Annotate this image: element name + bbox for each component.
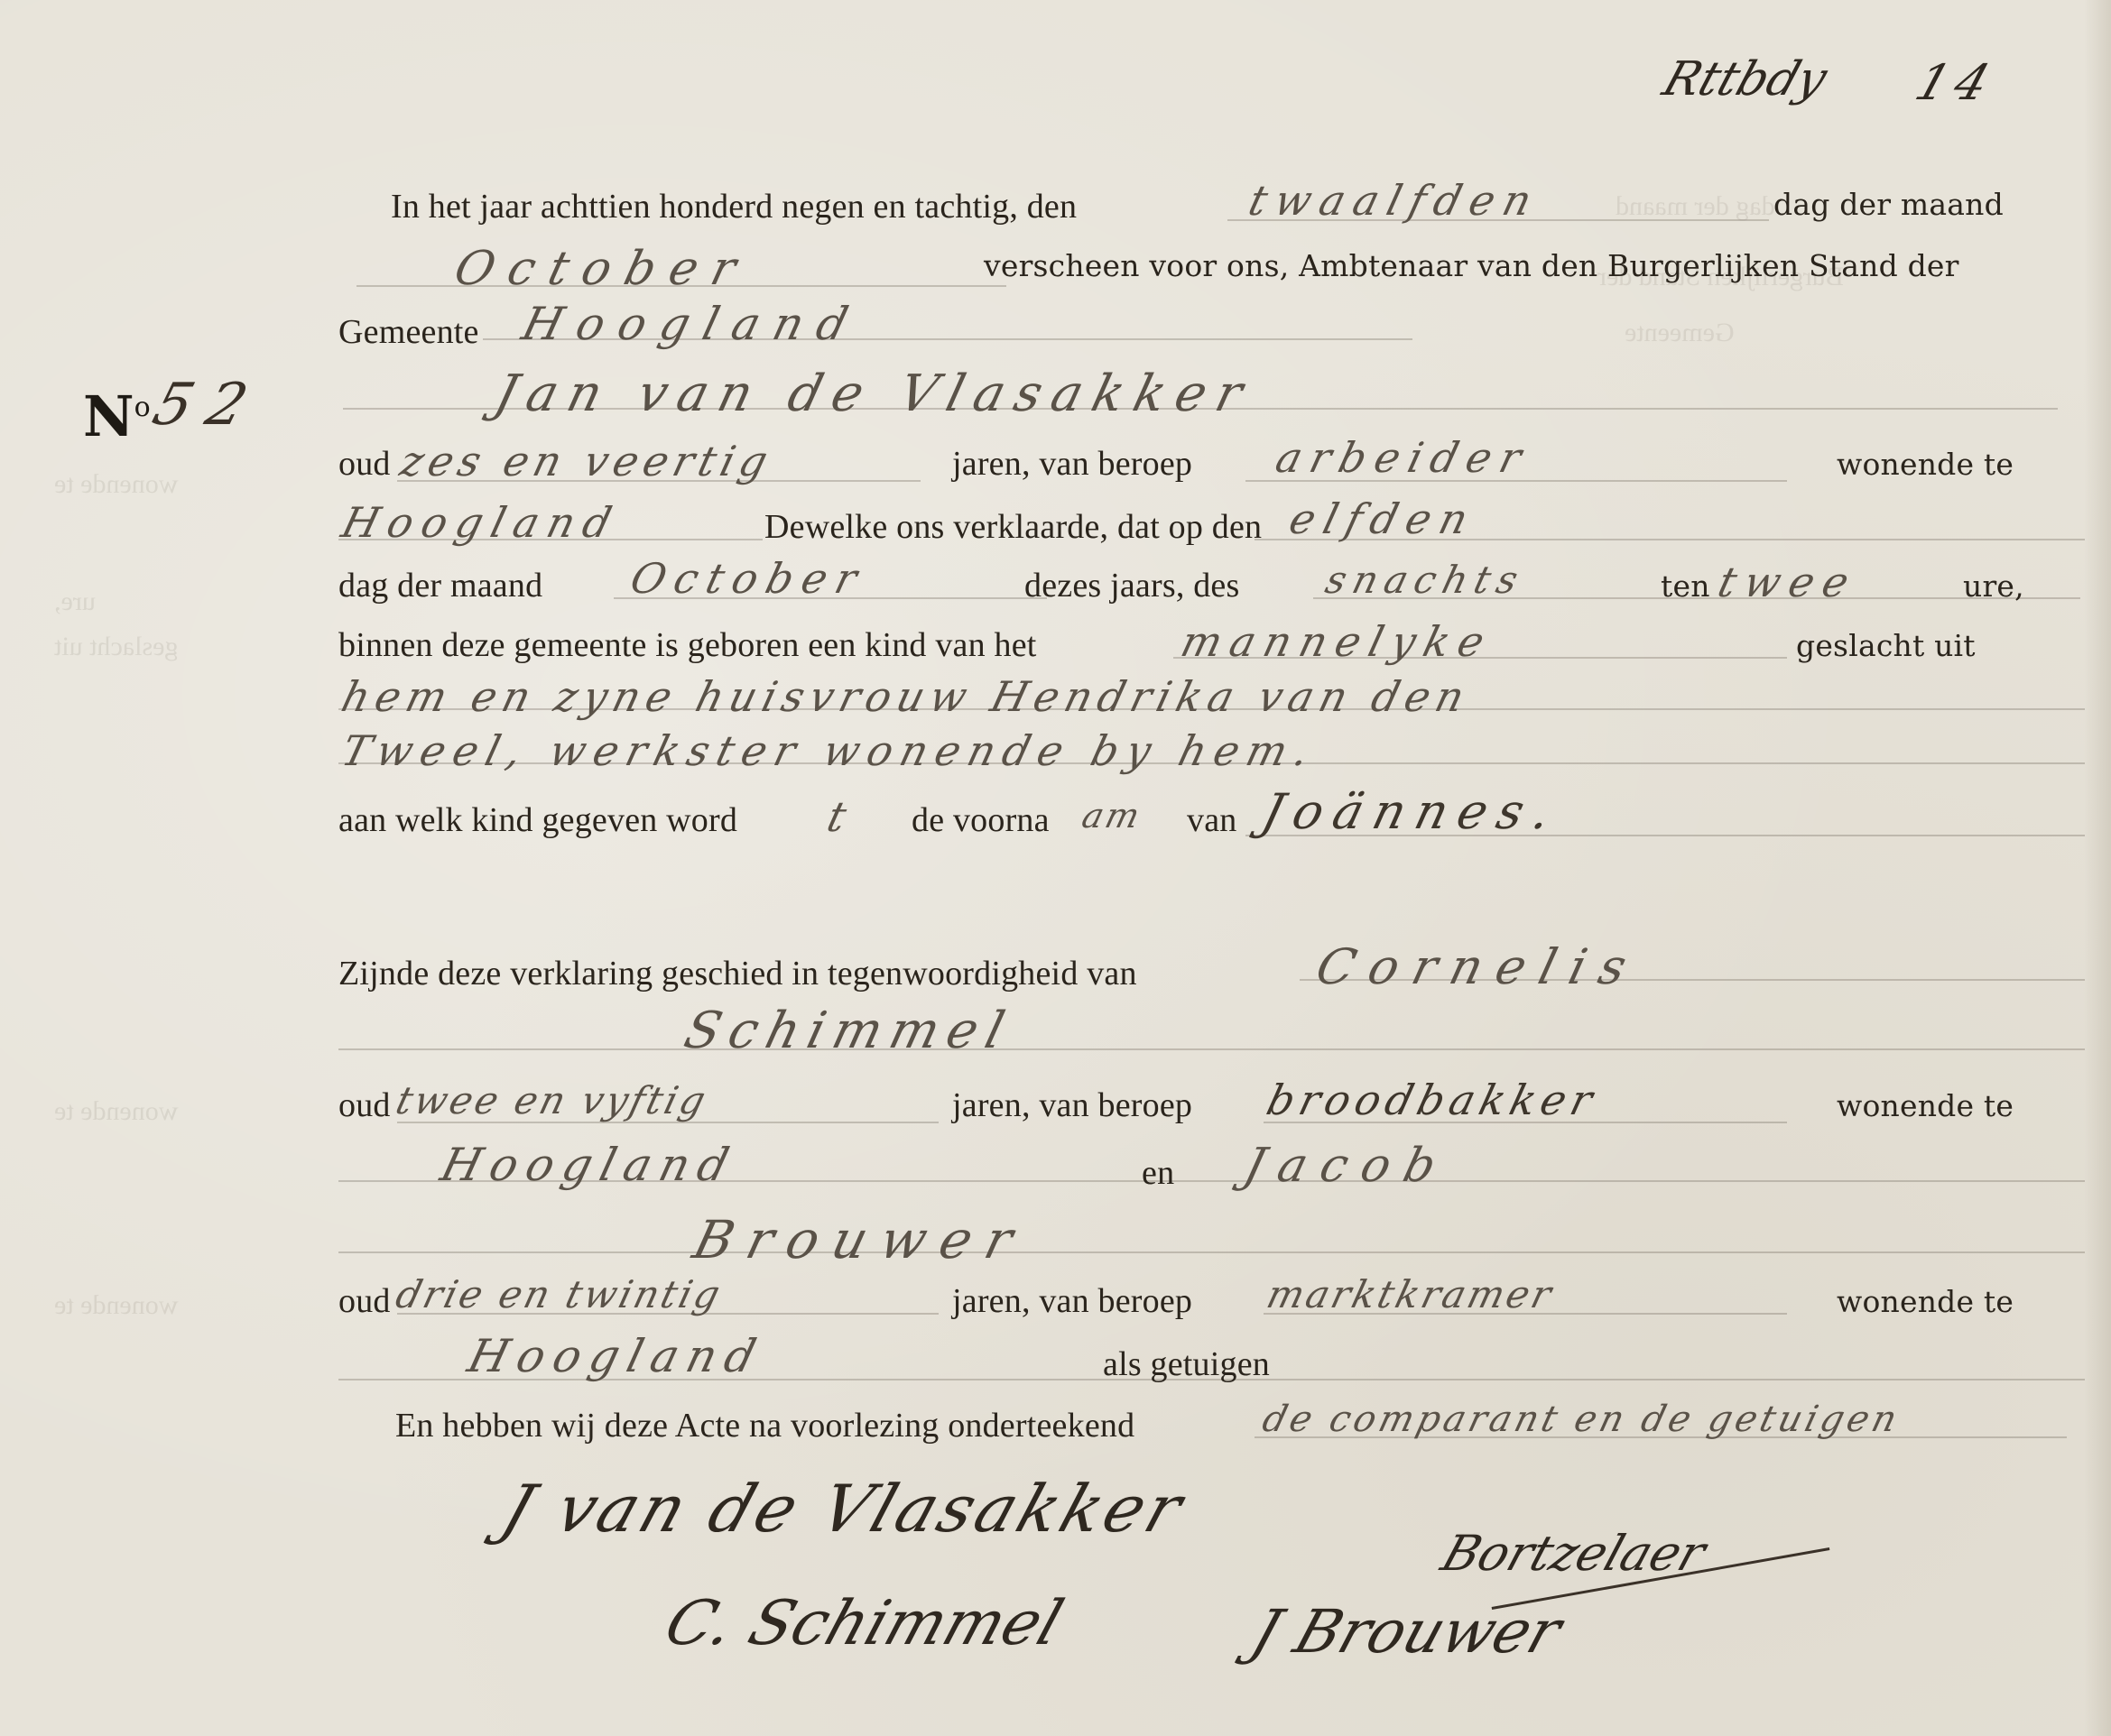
printed-text: van <box>1187 800 1236 840</box>
bleed-through-text: wonende te <box>54 1096 178 1127</box>
handwritten-age: drie en twintig <box>392 1272 727 1316</box>
printed-text: jaren, van beroep <box>952 1281 1192 1321</box>
record-number-label: No <box>83 383 151 449</box>
handwritten-parents-line2: Tweel, werkster wonende by hem. <box>337 726 1322 775</box>
bleed-through-text: wonende te <box>54 469 178 500</box>
handwritten-mark: t <box>822 792 860 841</box>
handwritten-insert: am <box>1079 796 1147 836</box>
signature-witness1: C. Schimmel <box>656 1588 1071 1659</box>
page-edge-shadow <box>2084 0 2111 1736</box>
printed-text: geslacht uit <box>1796 628 1976 663</box>
handwritten-witness2-first: Jacob <box>1239 1139 1457 1193</box>
bleed-through-text: dag der maand <box>1616 191 1775 222</box>
printed-text: oud <box>338 1085 391 1125</box>
signature-registrar: Bortzelaer <box>1435 1525 1713 1582</box>
record-number-letter: N <box>83 383 134 449</box>
printed-text: wonende te <box>1837 1284 2014 1319</box>
printed-text: En hebben wij deze Acte na voorlezing on… <box>395 1406 1134 1445</box>
bleed-through-text: Gemeente <box>1625 318 1735 348</box>
archive-annotation: Rttbdy <box>1656 52 1833 106</box>
handwritten-age: twee en vyftig <box>392 1078 713 1122</box>
printed-text: binnen deze gemeente is geboren een kind… <box>338 625 1037 665</box>
printed-text: jaren, van beroep <box>952 1085 1192 1125</box>
bleed-through-text: geslacht uit <box>54 632 178 662</box>
handwritten-occupation: arbeider <box>1271 433 1535 482</box>
form-rule <box>338 1048 2085 1050</box>
handwritten-month: October <box>449 242 756 296</box>
document-page: dag der maand Burgerlijken Stand der Gem… <box>0 0 2111 1736</box>
handwritten-occupation: broodbakker <box>1262 1076 1603 1124</box>
signature-witness2: J Brouwer <box>1243 1597 1569 1667</box>
printed-text: dag der maand <box>1773 187 2004 222</box>
handwritten-parents-line1: hem en zyne huisvrouw Hendrika van den <box>337 672 1476 721</box>
page-number: 14 <box>1909 54 2004 111</box>
handwritten-residence: Hoogland <box>436 1139 743 1191</box>
handwritten-birth-day: elfden <box>1284 494 1482 543</box>
signature-declarant: J van de Vlasakker <box>493 1471 1195 1547</box>
printed-text: de voorna <box>912 800 1050 840</box>
printed-text: Gemeente <box>338 312 479 352</box>
record-number-value: 52 <box>145 372 271 439</box>
printed-text: dezes jaars, des <box>1024 566 1239 605</box>
handwritten-birth-month: October <box>625 554 871 603</box>
printed-text: Zijnde deze verklaring geschied in tegen… <box>338 954 1137 993</box>
handwritten-residence: Hoogland <box>337 498 625 547</box>
handwritten-occupation: marktkramer <box>1263 1272 1559 1316</box>
printed-text: Dewelke ons verklaarde, dat op den <box>764 507 1262 547</box>
bleed-through-text: wonende te <box>54 1290 178 1321</box>
bleed-through-text: ure, <box>54 586 96 617</box>
handwritten-municipality: Hoogland <box>517 298 867 350</box>
printed-text: wonende te <box>1837 1088 2014 1123</box>
handwritten-declarant-name: Jan van de Vlasakker <box>489 365 1259 423</box>
printed-text: dag der maand <box>338 566 542 605</box>
printed-text: jaren, van beroep <box>952 444 1192 484</box>
printed-text: als getuigen <box>1103 1344 1270 1384</box>
handwritten-witness2-last: Brouwer <box>688 1209 1033 1270</box>
printed-text: In het jaar achttien honderd negen en ta… <box>391 187 1077 226</box>
printed-text: ure, <box>1963 568 2024 604</box>
printed-text: oud <box>338 444 391 484</box>
printed-text: oud <box>338 1281 391 1321</box>
printed-text: en <box>1142 1153 1174 1193</box>
printed-text: aan welk kind gegeven word <box>338 800 737 840</box>
printed-text: verscheen voor ons, Ambtenaar van den Bu… <box>984 248 1959 283</box>
handwritten-witness1-first: Cornelis <box>1310 938 1646 995</box>
handwritten-child-name: Joännes. <box>1256 783 1567 840</box>
handwritten-hour: twee <box>1713 558 1863 606</box>
handwritten-witness1-last: Schimmel <box>679 1002 1019 1060</box>
handwritten-age: zes en veertig <box>395 437 778 485</box>
handwritten-day: twaalfden <box>1244 176 1545 225</box>
handwritten-note: de comparant en de getuigen <box>1258 1399 1904 1440</box>
handwritten-sex: mannelyke <box>1176 617 1498 666</box>
printed-text: wonende te <box>1837 447 2014 482</box>
record-number-superscript: o <box>134 392 151 423</box>
printed-text: ten <box>1661 568 1710 604</box>
handwritten-time-of-day: snachts <box>1321 558 1530 602</box>
handwritten-residence: Hoogland <box>463 1330 770 1382</box>
form-rule <box>338 1251 2085 1253</box>
